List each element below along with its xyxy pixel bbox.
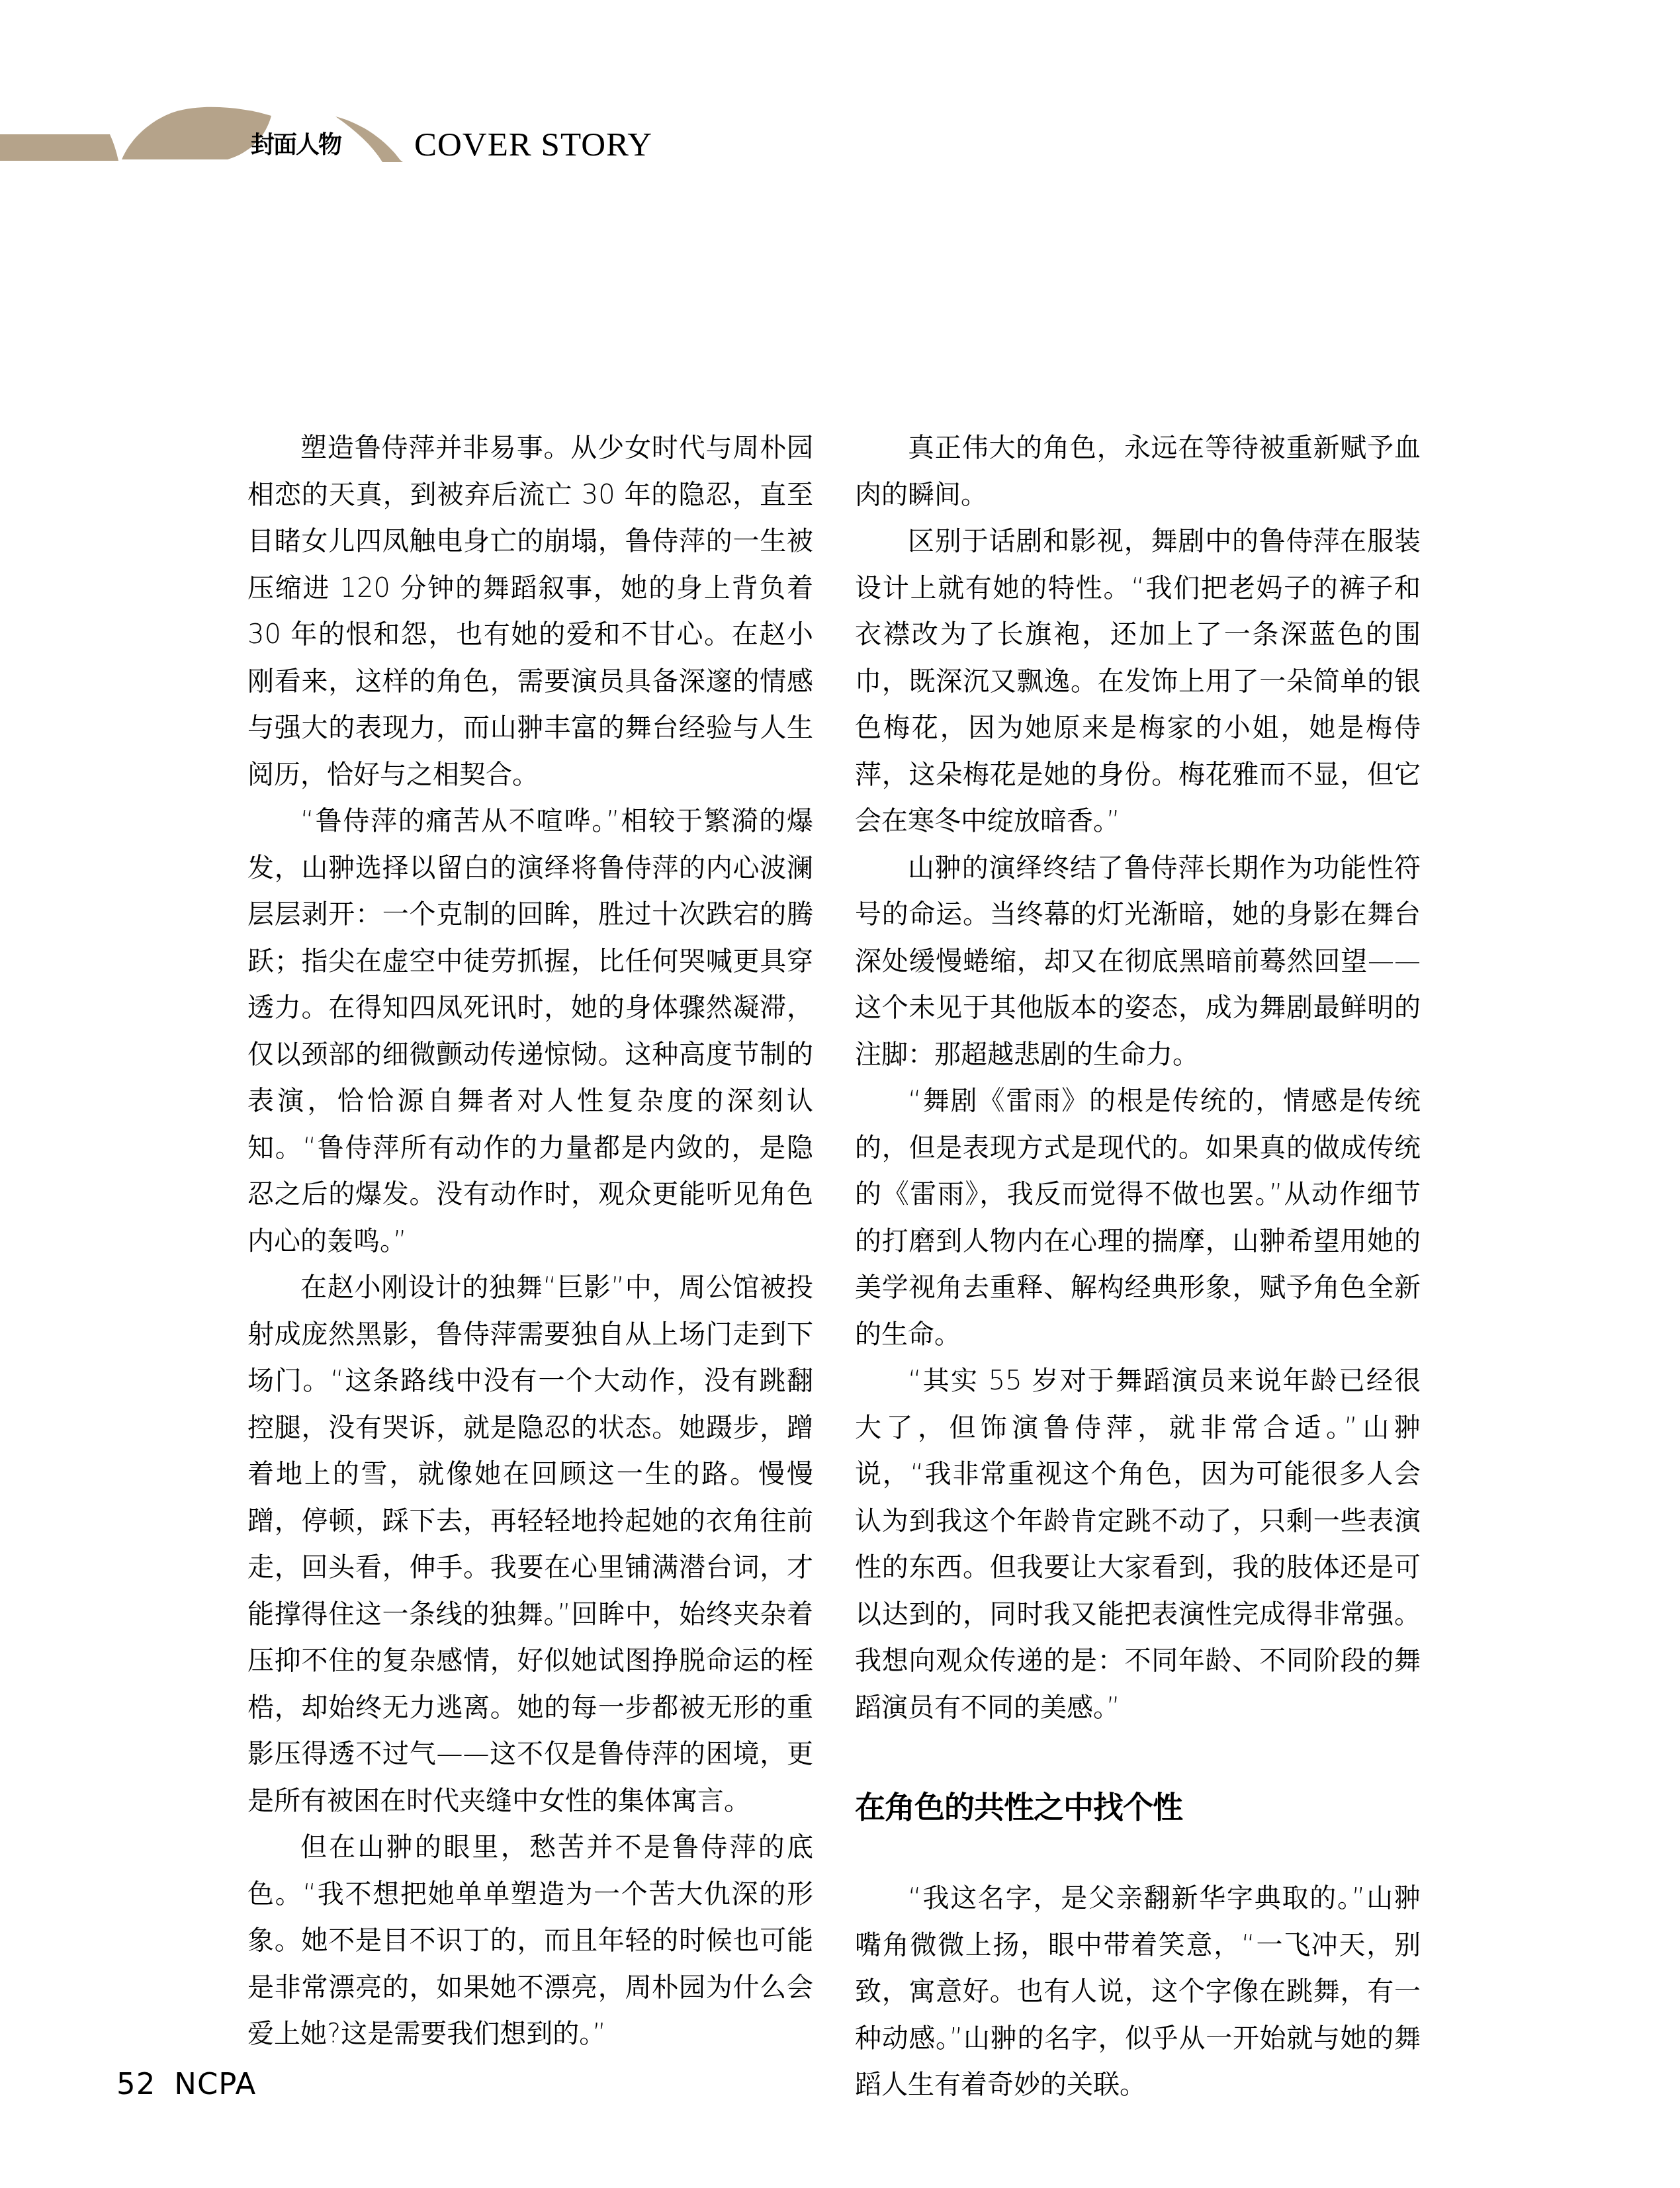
- paragraph: “舞剧《雷雨》的根是传统的，情感是传统的，但是表现方式是现代的。如果真的做成传统…: [855, 1078, 1421, 1358]
- paragraph: 但在山翀的眼里，愁苦并不是鲁侍萍的底色。“我不想把她单单塑造为一个苦大仇深的形象…: [247, 1824, 813, 2058]
- section-title-cn: 封面人物: [251, 130, 341, 161]
- magazine-page: 封面人物 COVER STORY 塑造鲁侍萍并非易事。从少女时代与周朴园相恋的天…: [0, 0, 1680, 2188]
- paragraph: “其实 55 岁对于舞蹈演员来说年龄已经很大了，但饰演鲁侍萍，就非常合适。”山翀…: [855, 1358, 1421, 1731]
- article-body: 塑造鲁侍萍并非易事。从少女时代与周朴园相恋的天真，到被弃后流亡 30 年的隐忍，…: [247, 425, 1421, 2109]
- paragraph: “鲁侍萍的痛苦从不喧哗。”相较于繁漪的爆发，山翀选择以留白的演绎将鲁侍萍的内心波…: [247, 798, 813, 1264]
- comma-swoosh-icon: [335, 116, 403, 162]
- right-column: 真正伟大的角色，永远在等待被重新赋予血肉的瞬间。 区别于话剧和影视，舞剧中的鲁侍…: [855, 425, 1421, 2109]
- page-number: 52: [116, 2066, 155, 2101]
- left-column: 塑造鲁侍萍并非易事。从少女时代与周朴园相恋的天真，到被弃后流亡 30 年的隐忍，…: [247, 425, 813, 2109]
- accent-band-icon: [0, 134, 118, 161]
- paragraph: “我这名字，是父亲翻新华字典取的。”山翀嘴角微微上扬，眼中带着笑意，“一飞冲天，…: [855, 1875, 1421, 2109]
- magazine-brand: NCPA: [174, 2066, 256, 2101]
- section-title-en: COVER STORY: [414, 128, 652, 162]
- paragraph: 在赵小刚设计的独舞“巨影”中，周公馆被投射成庞然黑影，鲁侍萍需要独自从上场门走到…: [247, 1264, 813, 1824]
- paragraph: 区别于话剧和影视，舞剧中的鲁侍萍在服装设计上就有她的特性。“我们把老妈子的裤子和…: [855, 518, 1421, 845]
- paragraph: 塑造鲁侍萍并非易事。从少女时代与周朴园相恋的天真，到被弃后流亡 30 年的隐忍，…: [247, 425, 813, 798]
- paragraph: 真正伟大的角色，永远在等待被重新赋予血肉的瞬间。: [855, 425, 1421, 518]
- section-subheading: 在角色的共性之中找个性: [855, 1784, 1421, 1831]
- leaf-swoosh-icon: [122, 107, 271, 159]
- header-decoration: [0, 79, 463, 212]
- paragraph: 山翀的演绎终结了鲁侍萍长期作为功能性符号的命运。当终幕的灯光渐暗，她的身影在舞台…: [855, 845, 1421, 1078]
- page-footer: 52NCPA: [116, 2068, 256, 2100]
